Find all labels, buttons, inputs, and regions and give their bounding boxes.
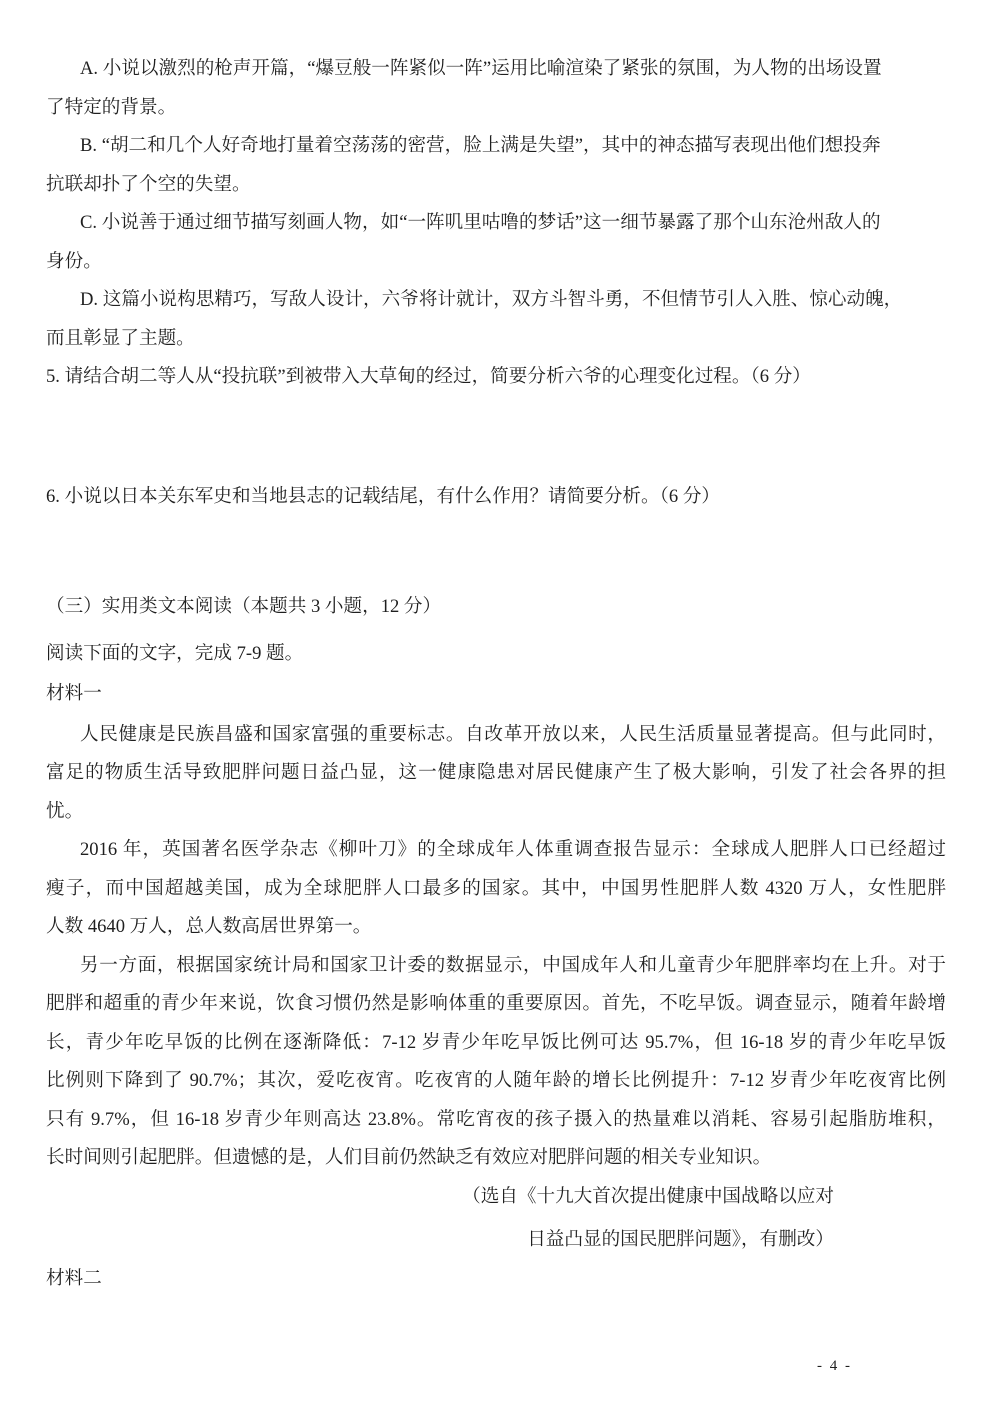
section-three-instruction: 阅读下面的文字，完成 7-9 题。 xyxy=(46,635,946,674)
page-number: - 4 - xyxy=(817,1358,852,1375)
option-c-line-2: 身份。 xyxy=(46,243,946,282)
material-one-para2-line-1: 2016 年，英国著名医学杂志《柳叶刀》的全球成年人体重调查报告显示：全球成人肥… xyxy=(46,831,946,870)
question-6: 6. 小说以日本关东军史和当地县志的记载结尾，有什么作用？请简要分析。（6 分） xyxy=(46,478,946,517)
answer-space-question-5 xyxy=(46,397,946,478)
material-one-para3-line-4: 比例则下降到了 90.7%；其次，爱吃夜宵。吃夜宵的人随年龄的增长比例提升：7-… xyxy=(46,1062,946,1101)
option-b-line-1: B. “胡二和几个人好奇地打量着空荡荡的密营，脸上满是失望”，其中的神态描写表现… xyxy=(46,127,946,166)
material-one-para2-line-2: 瘦子，而中国超越美国，成为全球肥胖人口最多的国家。其中，中国男性肥胖人数 432… xyxy=(46,870,946,909)
material-one-para3-line-6: 长时间则引起肥胖。但遗憾的是，人们目前仍然缺乏有效应对肥胖问题的相关专业知识。 xyxy=(46,1139,946,1178)
answer-space-question-6 xyxy=(46,516,946,588)
material-one-para1-line-2: 富足的物质生活导致肥胖问题日益凸显，这一健康隐患对居民健康产生了极大影响，引发了… xyxy=(46,754,946,793)
material-one-para2-line-3: 人数 4640 万人，总人数高居世界第一。 xyxy=(46,908,946,947)
section-three-heading: （三）实用类文本阅读（本题共 3 小题，12 分） xyxy=(46,588,946,627)
material-two-label: 材料二 xyxy=(46,1260,946,1299)
material-one-source-line-1: （选自《十九大首次提出健康中国战略以应对 xyxy=(46,1178,946,1217)
material-one-para1-line-1: 人民健康是民族昌盛和国家富强的重要标志。自改革开放以来，人民生活质量显著提高。但… xyxy=(46,716,946,755)
question-5: 5. 请结合胡二等人从“投抗联”到被带入大草甸的经过，简要分析六爷的心理变化过程… xyxy=(46,358,946,397)
option-d-line-2: 而且彰显了主题。 xyxy=(46,320,946,359)
material-one-para3-line-5: 只有 9.7%，但 16-18 岁青少年则高达 23.8%。常吃宵夜的孩子摄入的… xyxy=(46,1101,946,1140)
material-one-para1-line-3: 忧。 xyxy=(46,793,946,832)
material-one-para3-line-1: 另一方面，根据国家统计局和国家卫计委的数据显示，中国成年人和儿童青少年肥胖率均在… xyxy=(46,947,946,986)
material-one-para3-line-3: 长，青少年吃早饭的比例在逐渐降低：7-12 岁青少年吃早饭比例可达 95.7%，… xyxy=(46,1024,946,1063)
material-one-para3-line-2: 肥胖和超重的青少年来说，饮食习惯仍然是影响体重的重要原因。首先，不吃早饭。调查显… xyxy=(46,985,946,1024)
option-a-line-1: A. 小说以激烈的枪声开篇，“爆豆般一阵紧似一阵”运用比喻渲染了紧张的氛围，为人… xyxy=(46,50,946,89)
option-b-line-2: 抗联却扑了个空的失望。 xyxy=(46,166,946,205)
option-a-line-2: 了特定的背景。 xyxy=(46,89,946,128)
document-content: A. 小说以激烈的枪声开篇，“爆豆般一阵紧似一阵”运用比喻渲染了紧张的氛围，为人… xyxy=(46,50,946,1298)
option-c-line-1: C. 小说善于通过细节描写刻画人物，如“一阵叽里咕噜的梦话”这一细节暴露了那个山… xyxy=(46,204,946,243)
option-d-line-1: D. 这篇小说构思精巧，写敌人设计，六爷将计就计，双方斗智斗勇，不但情节引人入胜… xyxy=(46,281,946,320)
material-one-source-line-2: 日益凸显的国民肥胖问题》，有删改） xyxy=(46,1221,946,1260)
material-one-label: 材料一 xyxy=(46,675,946,714)
exam-paper-page: A. 小说以激烈的枪声开篇，“爆豆般一阵紧似一阵”运用比喻渲染了紧张的氛围，为人… xyxy=(0,0,992,1403)
